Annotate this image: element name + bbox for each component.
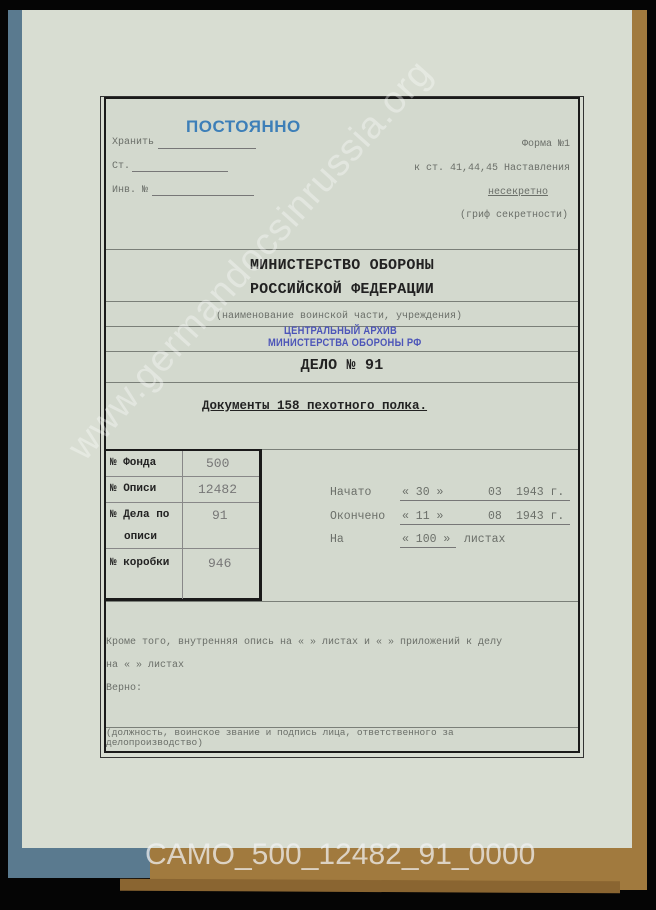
verified-label: Верно: (106, 683, 142, 694)
store-label: Хранить (112, 137, 154, 148)
started-day: « 30 » (402, 486, 443, 499)
box-label: № коробки (110, 557, 169, 569)
case-title: ДЕЛО № 91 (106, 357, 578, 374)
ended-year: 1943 г. (516, 510, 564, 523)
fond-label: № Фонда (110, 457, 156, 469)
ended-label: Окончено (330, 510, 385, 523)
started-year: 1943 г. (516, 486, 564, 499)
st-label: Ст. (112, 161, 130, 172)
org-caption: (наименование воинской части, учреждения… (216, 311, 462, 322)
started-label: Начато (330, 486, 371, 499)
ended-day: « 11 » (402, 510, 443, 523)
secrecy-value: несекретно (488, 187, 548, 198)
sheets-suffix: листах (464, 533, 505, 546)
column-divider (182, 451, 183, 599)
case-cover-form: ПОСТОЯННО Хранить Ст. Инв. № Форма №1 к … (104, 97, 580, 753)
ended-month: 08 (488, 510, 502, 523)
archive-stamp-line-2: МИНИСТЕРСТВА ОБОРОНЫ РФ (268, 337, 421, 349)
started-underline (400, 500, 570, 501)
opis-value: 12482 (198, 482, 237, 497)
divider (106, 301, 578, 302)
sheets-label: На (330, 533, 344, 546)
org-line-1: МИНИСТЕРСТВО ОБОРОНЫ (106, 257, 578, 274)
divider (106, 601, 578, 602)
ended-underline (400, 524, 570, 525)
st-underline (132, 171, 228, 172)
inv-underline (152, 195, 254, 196)
divider (106, 249, 578, 250)
archive-codes-table: № Фонда 500 № Описи 12482 № Дела по опис… (106, 449, 262, 601)
signature-caption-2: делопроизводство) (106, 737, 203, 748)
form-number: Форма №1 (522, 139, 570, 150)
folder-brown-edge (120, 879, 620, 894)
sheets-underline (400, 547, 456, 548)
divider (106, 351, 578, 352)
secrecy-caption: (гриф секретности) (460, 210, 568, 221)
row-divider (106, 502, 259, 503)
inventory-text: Кроме того, внутренняя опись на « » лист… (106, 637, 502, 648)
case-description: Документы 158 пехотного полка. (202, 399, 427, 413)
articles-reference: к ст. 41,44,45 Наставления (414, 163, 570, 174)
store-underline (158, 148, 256, 149)
row-divider (106, 548, 259, 549)
inv-label: Инв. № (112, 185, 148, 196)
box-value: 946 (208, 556, 231, 571)
delo-label: № Дела по (110, 509, 169, 521)
started-month: 03 (488, 486, 502, 499)
store-stamp: ПОСТОЯННО (186, 117, 301, 137)
org-line-2: РОССИЙСКОЙ ФЕДЕРАЦИИ (106, 281, 578, 298)
sheets-value: « 100 » (402, 533, 450, 546)
divider (106, 382, 578, 383)
inventory-text-2: на « » листах (106, 660, 184, 671)
archive-stamp-line-1: ЦЕНТРАЛЬНЫЙ АРХИВ (284, 325, 397, 337)
row-divider (106, 476, 259, 477)
file-caption: CAMO_500_12482_91_0000 (145, 838, 535, 872)
delo-value: 91 (212, 508, 228, 523)
opis-label: № Описи (110, 483, 156, 495)
delo-label-2: описи (124, 531, 157, 543)
fond-value: 500 (206, 456, 229, 471)
